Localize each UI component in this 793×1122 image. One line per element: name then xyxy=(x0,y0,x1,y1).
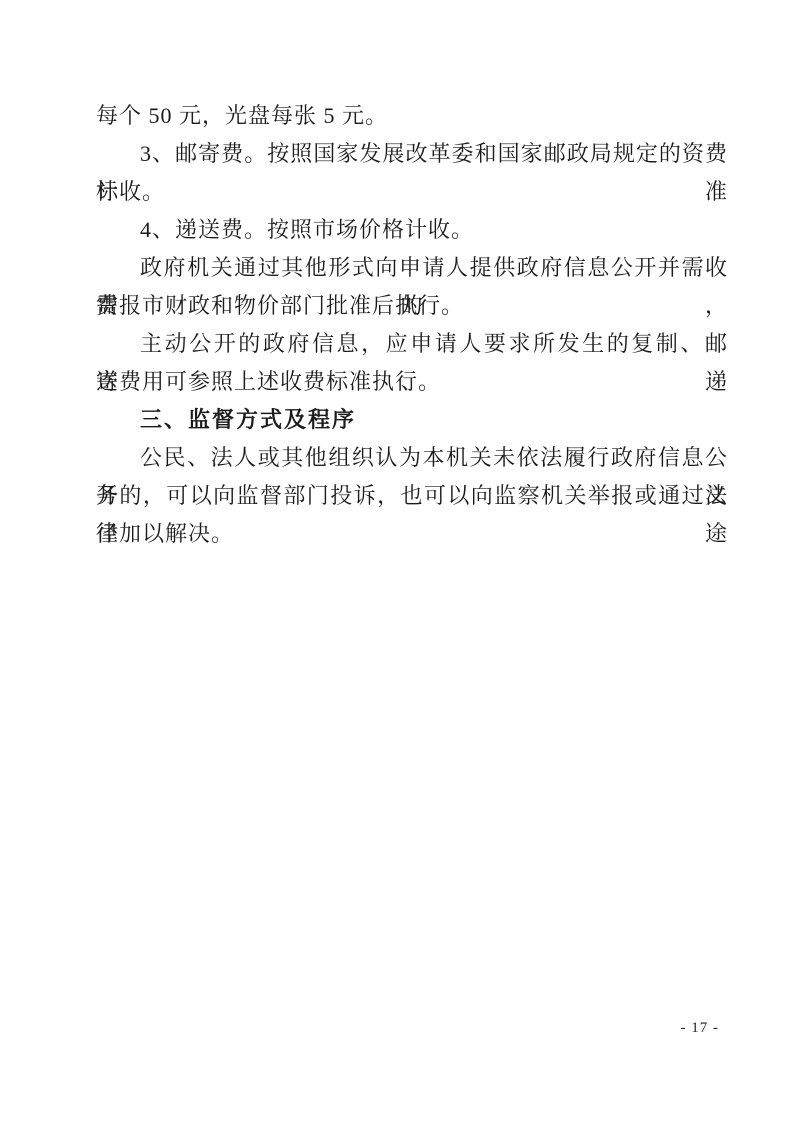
section-heading: 三、监督方式及程序 xyxy=(96,401,728,439)
text-line: 每个 50 元，光盘每张 5 元。 xyxy=(96,97,728,135)
text-line: 务的，可以向监督部门投诉，也可以向监察机关举报或通过法律途 xyxy=(96,477,728,515)
text-line: 3、邮寄费。按照国家发展改革委和国家邮政局规定的资费标准 xyxy=(96,135,728,173)
page-number: - 17 - xyxy=(681,1020,720,1037)
document-body: 每个 50 元，光盘每张 5 元。3、邮寄费。按照国家发展改革委和国家邮政局规定… xyxy=(96,97,728,553)
text-line: 4、递送费。按照市场价格计收。 xyxy=(96,211,728,249)
text-line: 主动公开的政府信息，应申请人要求所发生的复制、邮寄、递 xyxy=(96,325,728,363)
document-page: 每个 50 元，光盘每张 5 元。3、邮寄费。按照国家发展改革委和国家邮政局规定… xyxy=(0,0,793,1122)
text-line: 公民、法人或其他组织认为本机关未依法履行政府信息公开义 xyxy=(96,439,728,477)
text-line: 政府机关通过其他形式向申请人提供政府信息公开并需收费的， xyxy=(96,249,728,287)
